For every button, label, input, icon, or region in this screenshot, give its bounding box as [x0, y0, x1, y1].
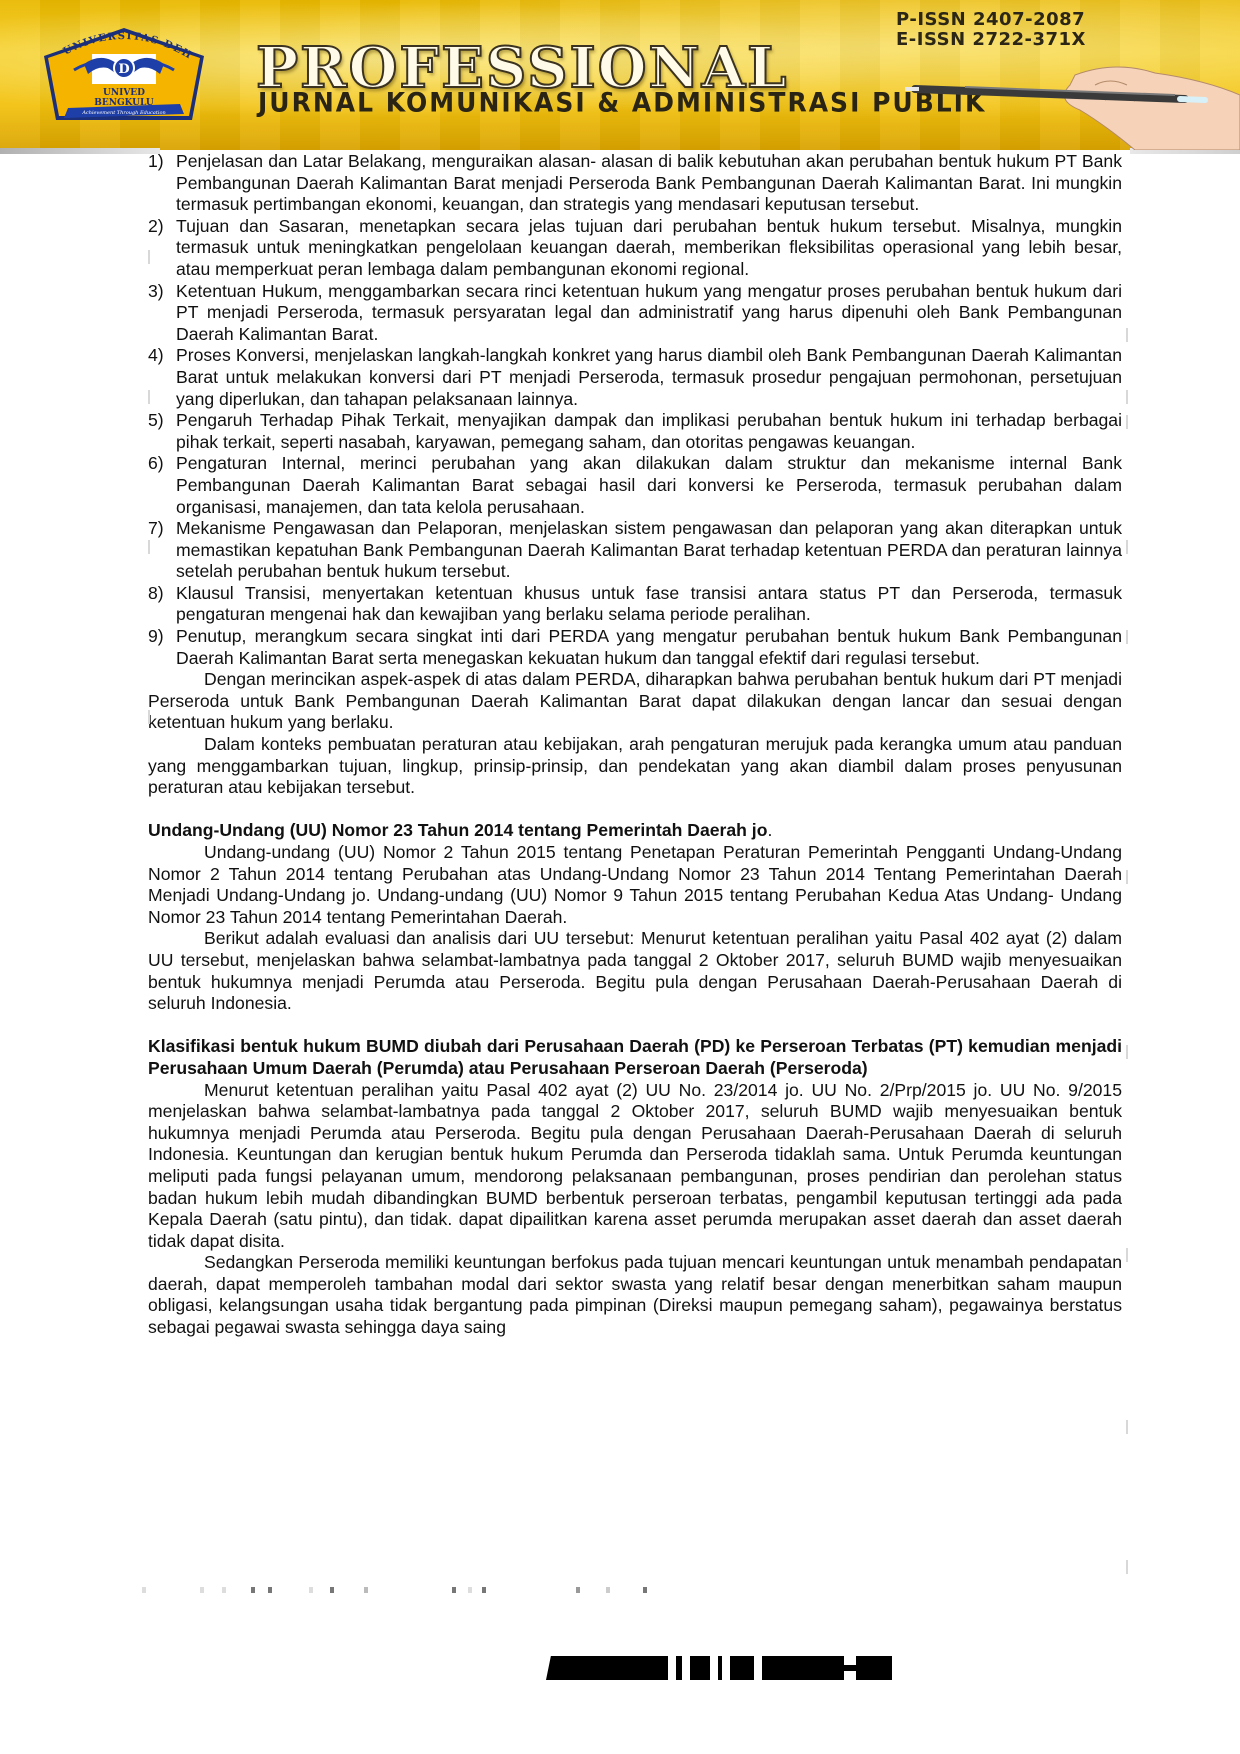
list-item: 6)Pengaturan Internal, merinci perubahan…: [148, 453, 1122, 518]
article-body: 1)Penjelasan dan Latar Belakang, mengura…: [148, 151, 1122, 1339]
redaction-block: [844, 1665, 856, 1671]
footer-redacted-bar: [546, 1656, 1126, 1680]
banner-shadow-left: [0, 148, 160, 154]
list-item: 8)Klausul Transisi, menyertakan ketentua…: [148, 583, 1122, 626]
margin-mark: [1126, 540, 1128, 554]
section-gap: [148, 1015, 1122, 1037]
margin-mark: [148, 710, 150, 724]
margin-mark: [1126, 870, 1128, 884]
paragraph-uu-evaluation: Berikut adalah evaluasi dan analisis dar…: [148, 928, 1122, 1014]
scan-artifact: [364, 1587, 368, 1593]
scan-artifact: [482, 1587, 486, 1593]
redaction-block: [730, 1656, 754, 1680]
scan-artifact: [468, 1587, 472, 1593]
paragraph-direction: Dalam konteks pembuatan peraturan atau k…: [148, 734, 1122, 799]
university-logo: UNIVERSITAS DEHASEN D UNIVED BENGKULU Ac…: [34, 24, 214, 134]
journal-subtitle: JURNAL KOMUNIKASI & ADMINISTRASI PUBLIK: [258, 89, 986, 115]
margin-mark: [1126, 328, 1128, 342]
margin-mark: [1126, 1560, 1128, 1574]
scan-artifact: [142, 1587, 146, 1593]
scan-artifact: [251, 1587, 255, 1593]
margin-mark: [1126, 1248, 1128, 1262]
svg-text:D: D: [118, 62, 129, 77]
margin-mark: [148, 250, 150, 264]
margin-mark: [1126, 415, 1128, 429]
section-heading-klasifikasi: Klasifikasi bentuk hukum BUMD diubah dar…: [148, 1036, 1122, 1079]
list-item: 9)Penutup, merangkum secara singkat inti…: [148, 626, 1122, 669]
list-item: 5)Pengaruh Terhadap Pihak Terkait, menya…: [148, 410, 1122, 453]
e-issn: E-ISSN 2722-371X: [896, 30, 1086, 50]
redaction-block: [762, 1656, 844, 1680]
list-item: 4)Proses Konversi, menjelaskan langkah-l…: [148, 345, 1122, 410]
margin-mark: [1126, 630, 1128, 644]
paragraph-perumda: Menurut ketentuan peralihan yaitu Pasal …: [148, 1080, 1122, 1253]
scan-artifact: [200, 1587, 204, 1593]
redaction-block: [690, 1656, 710, 1680]
redaction-block: [546, 1656, 668, 1680]
shield-logo-icon: UNIVERSITAS DEHASEN D UNIVED BENGKULU Ac…: [34, 24, 214, 134]
margin-mark: [148, 540, 150, 554]
margin-mark: [1126, 1045, 1128, 1059]
scan-artifact: [309, 1587, 313, 1593]
section-gap: [148, 799, 1122, 821]
scan-artifact: [576, 1587, 580, 1593]
svg-text:Achievement Through Education: Achievement Through Education: [81, 110, 165, 116]
margin-mark: [1126, 390, 1128, 404]
list-item: 2)Tujuan dan Sasaran, menetapkan secara …: [148, 216, 1122, 281]
redaction-block: [856, 1656, 892, 1680]
hand-with-pen-icon: [905, 55, 1240, 150]
scan-artifact: [452, 1587, 456, 1593]
paragraph-uu-law: Undang-undang (UU) Nomor 2 Tahun 2015 te…: [148, 842, 1122, 928]
svg-text:UNIVED: UNIVED: [103, 88, 145, 98]
margin-mark: [148, 390, 150, 404]
list-item: 7)Mekanisme Pengawasan dan Pelaporan, me…: [148, 518, 1122, 583]
scan-artifact: [606, 1587, 610, 1593]
issn-block: P-ISSN 2407-2087 E-ISSN 2722-371X: [896, 10, 1086, 50]
scan-artifact: [330, 1587, 334, 1593]
scan-artifact: [268, 1587, 272, 1593]
scan-artifact: [222, 1587, 226, 1593]
scan-artifact: [643, 1587, 647, 1593]
list-item: 1)Penjelasan dan Latar Belakang, mengura…: [148, 151, 1122, 216]
paragraph-summary: Dengan merincikan aspek-aspek di atas da…: [148, 669, 1122, 734]
section-heading-uu: Undang-Undang (UU) Nomor 23 Tahun 2014 t…: [148, 820, 1122, 842]
margin-mark: [1126, 1420, 1128, 1434]
journal-header-banner: UNIVERSITAS DEHASEN D UNIVED BENGKULU Ac…: [0, 0, 1240, 150]
paragraph-perseroda: Sedangkan Perseroda memiliki keuntungan …: [148, 1252, 1122, 1338]
list-item: 3)Ketentuan Hukum, menggambarkan secara …: [148, 281, 1122, 346]
p-issn: P-ISSN 2407-2087: [896, 10, 1086, 30]
perda-aspects-list: 1)Penjelasan dan Latar Belakang, mengura…: [148, 151, 1122, 669]
